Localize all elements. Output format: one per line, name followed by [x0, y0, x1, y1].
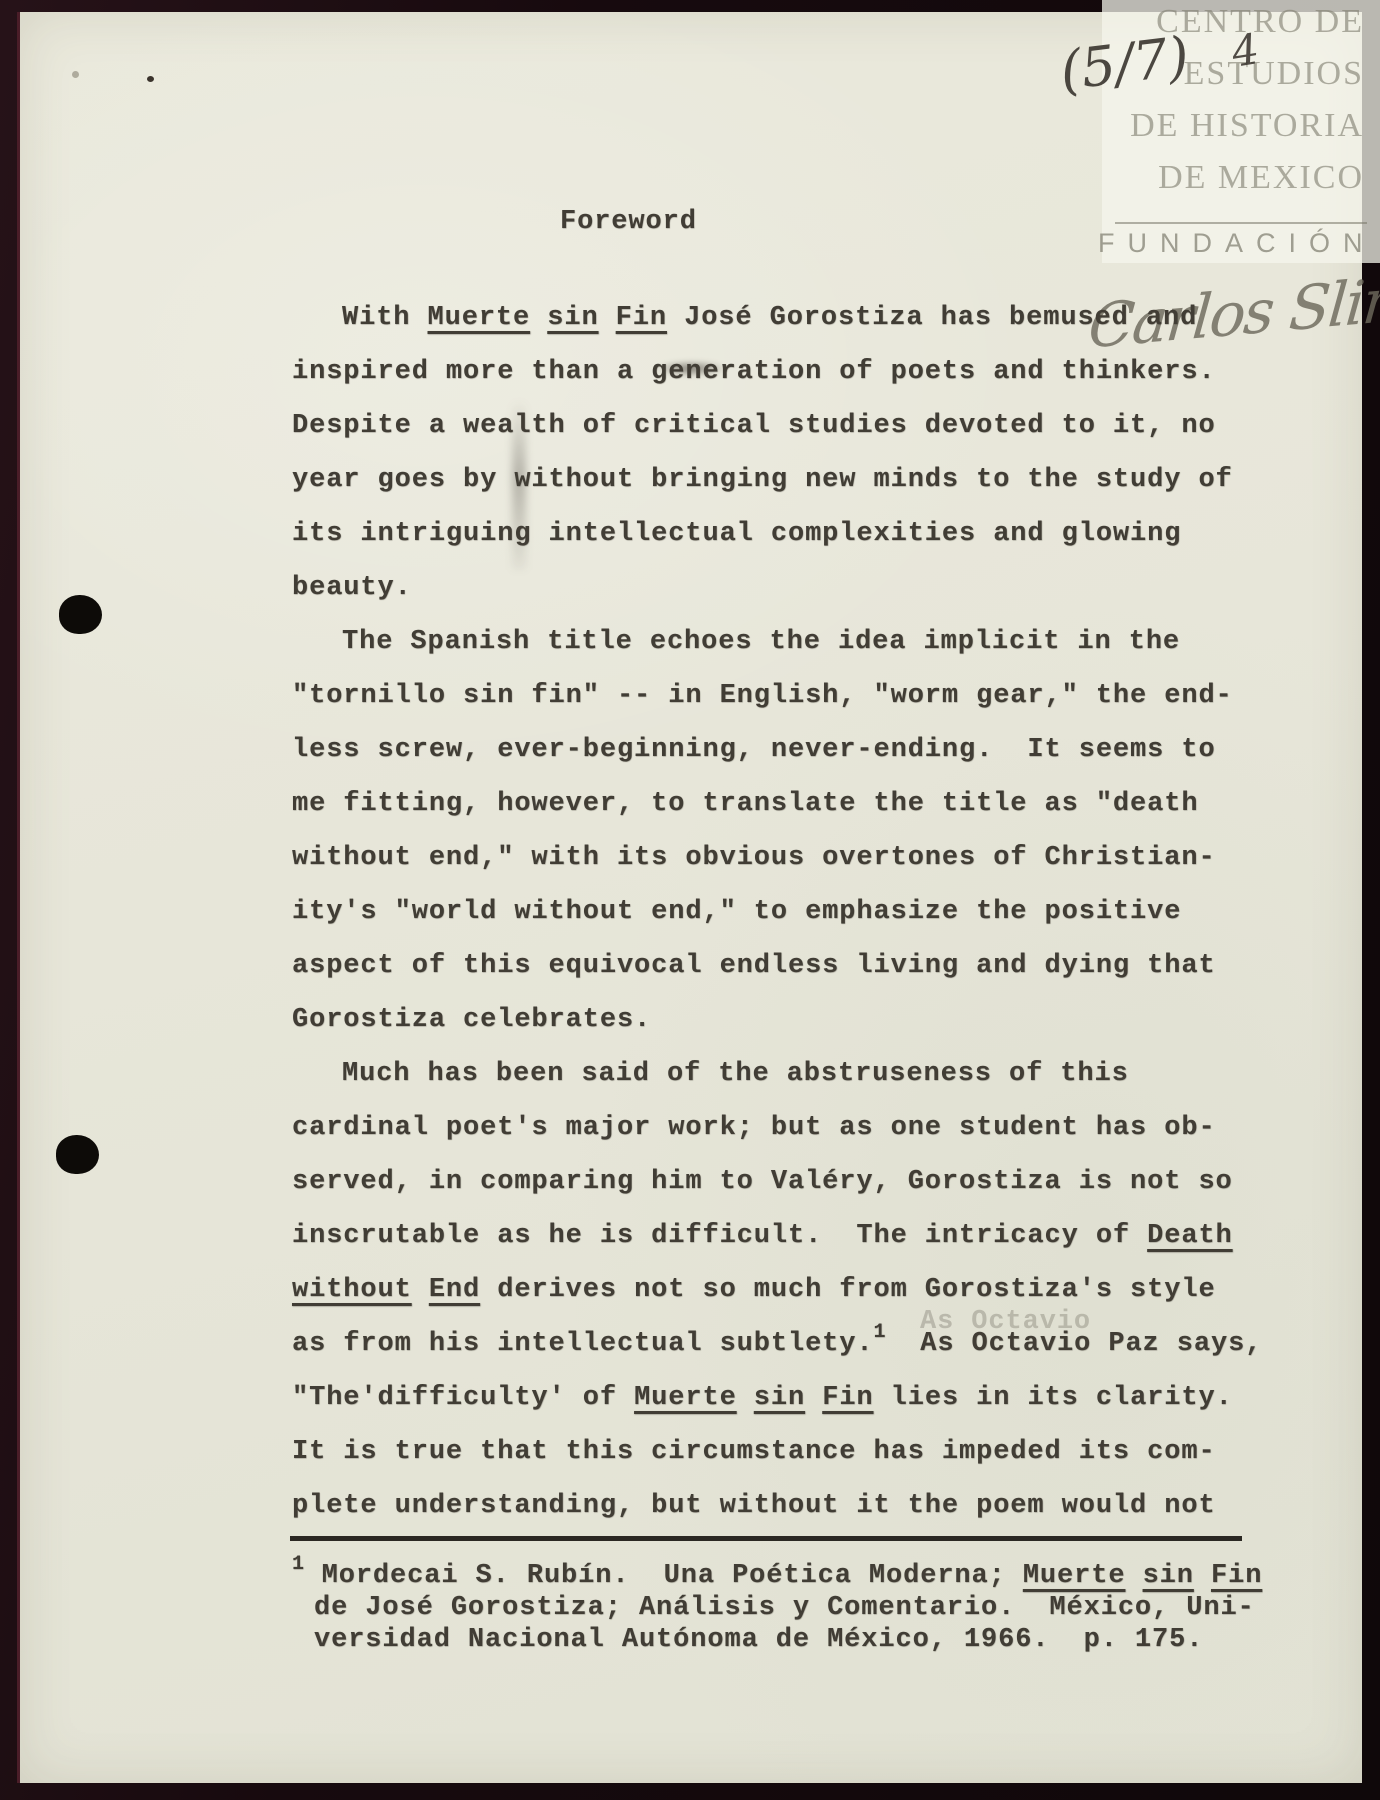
- body-line: inscrutable as he is difficult. The intr…: [292, 1209, 1252, 1263]
- footnote-separator: [290, 1536, 1242, 1541]
- body-line: Despite a wealth of critical studies dev…: [292, 399, 1252, 453]
- footnote: 1 Mordecai S. Rubín. Una Poética Moderna…: [292, 1560, 1292, 1656]
- body-line: inspired more than a generation of poets…: [292, 345, 1252, 399]
- footnote-line: 1 Mordecai S. Rubín. Una Poética Moderna…: [292, 1560, 1292, 1592]
- body-line: its intriguing intellectual complexities…: [292, 507, 1252, 561]
- watermark-line: DE HISTORIA: [1082, 100, 1364, 152]
- body-line: Much has been said of the abstruseness o…: [292, 1047, 1252, 1101]
- paper-speck: [147, 76, 154, 82]
- hole-punch-top: [59, 595, 102, 634]
- body-line: plete understanding, but without it the …: [292, 1479, 1252, 1533]
- body-text: With Muerte sin Fin José Gorostiza has b…: [292, 291, 1252, 1533]
- watermark-text: CENTRO DEESTUDIOSDE HISTORIADE MEXICO: [1082, 0, 1364, 204]
- body-line: "The'difficulty' of Muerte sin Fin lies …: [292, 1371, 1252, 1425]
- watermark-divider: [1115, 222, 1367, 224]
- page-title: Foreword: [560, 205, 697, 239]
- footnote-line: de José Gorostiza; Análisis y Comentario…: [292, 1592, 1292, 1624]
- body-line: It is true that this circumstance has im…: [292, 1425, 1252, 1479]
- body-line: aspect of this equivocal endless living …: [292, 939, 1252, 993]
- body-line: without end," with its obvious overtones…: [292, 831, 1252, 885]
- watermark-line: DE MEXICO: [1082, 152, 1364, 204]
- paper-speck-faint: [72, 71, 79, 78]
- document-page: CENTRO DEESTUDIOSDE HISTORIADE MEXICO FU…: [20, 12, 1362, 1783]
- body-line: "tornillo sin fin" -- in English, "worm …: [292, 669, 1252, 723]
- body-line: beauty.: [292, 561, 1252, 615]
- body-line: ity's "world without end," to emphasize …: [292, 885, 1252, 939]
- body-line: cardinal poet's major work; but as one s…: [292, 1101, 1252, 1155]
- hole-punch-bottom: [56, 1135, 99, 1174]
- body-line: year goes by without bringing new minds …: [292, 453, 1252, 507]
- body-line: served, in comparing him to Valéry, Goro…: [292, 1155, 1252, 1209]
- body-line: me fitting, however, to translate the ti…: [292, 777, 1252, 831]
- body-line: less screw, ever-beginning, never-ending…: [292, 723, 1252, 777]
- body-line: The Spanish title echoes the idea implic…: [292, 615, 1252, 669]
- watermark-foundation-label: FUNDACIÓN: [1098, 228, 1370, 259]
- body-line: Gorostiza celebrates.: [292, 993, 1252, 1047]
- scan-background: CENTRO DEESTUDIOSDE HISTORIADE MEXICO FU…: [0, 0, 1380, 1800]
- footnote-line: versidad Nacional Autónoma de México, 19…: [292, 1624, 1292, 1656]
- body-line: With Muerte sin Fin José Gorostiza has b…: [292, 291, 1252, 345]
- body-line: as from his intellectual subtlety.1 As O…: [292, 1317, 1252, 1371]
- body-line: without End derives not so much from Gor…: [292, 1263, 1252, 1317]
